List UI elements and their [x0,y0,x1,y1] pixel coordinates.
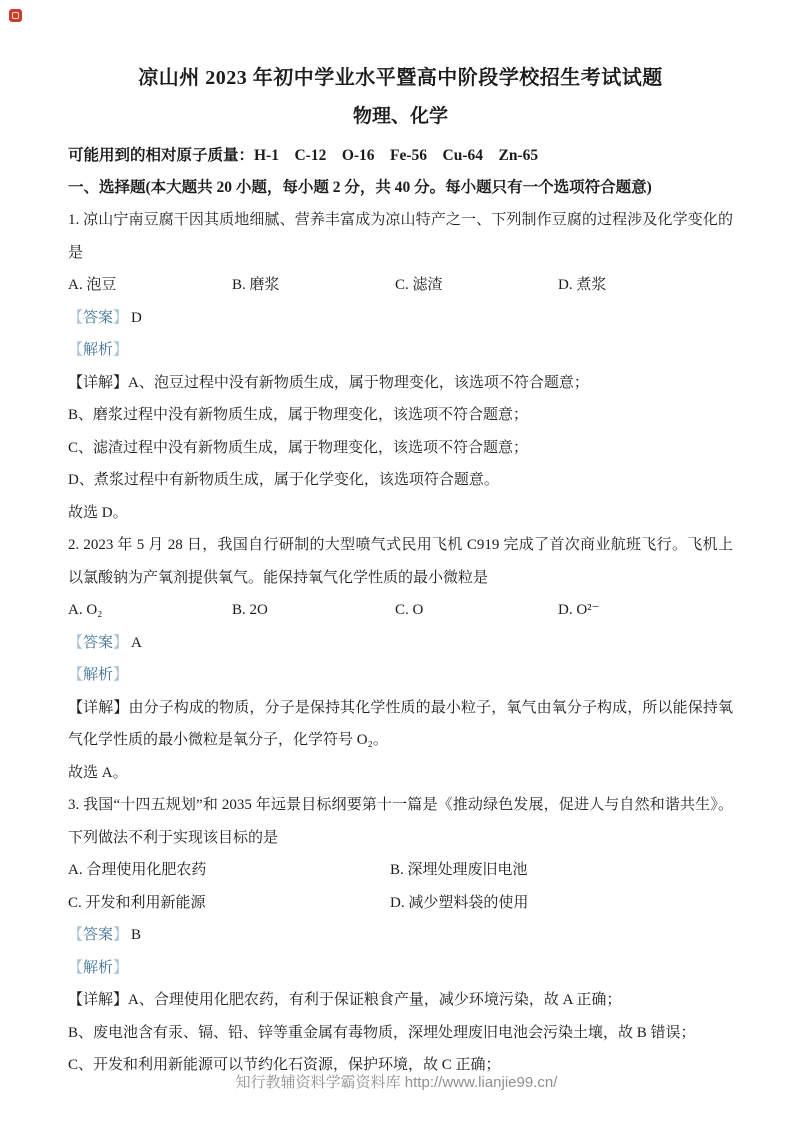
answer-value: A [131,635,142,651]
analysis-line: 【解析】 [68,334,733,367]
option-b: B. 磨浆 [232,269,395,302]
answer-line: 【答案】D [68,302,733,335]
detail-line: 【详解】A、合理使用化肥农药，有利于保证粮食产量，减少环境污染，故 A 正确； [68,984,733,1017]
answer-line: 【答案】A [68,627,733,660]
analysis-line: 【解析】 [68,952,733,985]
analysis-label: 【解析】 [68,342,128,358]
site-logo-icon [9,9,22,22]
question-1-stem: 1. 凉山宁南豆腐干因其质地细腻、营养丰富成为凉山特产之一、下列制作豆腐的过程涉… [68,204,733,269]
answer-value: D [131,310,142,326]
answer-line: 【答案】B [68,919,733,952]
answer-label: 【答案】 [68,310,128,326]
question-1-options: A. 泡豆 B. 磨浆 C. 滤渣 D. 煮浆 [68,269,733,302]
page-subtitle: 物理、化学 [68,104,733,130]
detail-line: 【详解】A、泡豆过程中没有新物质生成，属于物理变化，该选项不符合题意； [68,367,733,400]
option-c: C. 滤渣 [395,269,558,302]
detail-line: B、废电池含有汞、镉、铅、锌等重金属有毒物质，深埋处理废旧电池会污染土壤，故 B… [68,1017,733,1050]
option-b: B. 深埋处理废旧电池 [390,854,733,887]
answer-label: 【答案】 [68,635,128,651]
detail-line: C、滤渣过程中没有新物质生成，属于物理变化，该选项不符合题意； [68,432,733,465]
question-3-options: A. 合理使用化肥农药 B. 深埋处理废旧电池 C. 开发和利用新能源 D. 减… [68,854,733,919]
section-heading: 一、选择题(本大题共 20 小题，每小题 2 分，共 40 分。每小题只有一个选… [68,172,733,204]
detail-line: D、煮浆过程中有新物质生成，属于化学变化，该选项符合题意。 [68,464,733,497]
analysis-label: 【解析】 [68,667,128,683]
conclusion-line: 故选 A。 [68,757,733,790]
analysis-line: 【解析】 [68,659,733,692]
page-title: 凉山州 2023 年初中学业水平暨高中阶段学校招生考试试题 [68,64,733,92]
footer-watermark-link[interactable]: 知行教辅资料学霸资料库 http://www.lianjie99.cn/ [0,1071,793,1092]
option-a: A. O₂ [68,594,232,627]
detail-line: B、磨浆过程中没有新物质生成，属于物理变化，该选项不符合题意； [68,399,733,432]
analysis-label: 【解析】 [68,960,128,976]
conclusion-line: 故选 D。 [68,497,733,530]
answer-label: 【答案】 [68,927,128,943]
question-2-options: A. O₂ B. 2O C. O D. O²⁻ [68,594,733,627]
atomic-masses-line: 可能用到的相对原子质量：H-1 C-12 O-16 Fe-56 Cu-64 Zn… [68,145,733,167]
questions-area: 1. 凉山宁南豆腐干因其质地细腻、营养丰富成为凉山特产之一、下列制作豆腐的过程涉… [68,204,733,1082]
option-d: D. O²⁻ [558,594,733,627]
question-3-stem: 3. 我国“十四五规划”和 2035 年远景目标纲要第十一篇是《推动绿色发展，促… [68,789,733,854]
option-c: C. O [395,594,558,627]
option-b: B. 2O [232,594,395,627]
option-d: D. 减少塑料袋的使用 [390,887,733,920]
detail-line: 【详解】由分子构成的物质，分子是保持其化学性质的最小粒子，氧气由氧分子构成，所以… [68,692,733,757]
option-d: D. 煮浆 [558,269,733,302]
document-page: 凉山州 2023 年初中学业水平暨高中阶段学校招生考试试题 物理、化学 可能用到… [0,0,793,1122]
option-a: A. 泡豆 [68,269,232,302]
option-a: A. 合理使用化肥农药 [68,854,390,887]
answer-value: B [131,927,141,943]
question-2-stem: 2. 2023 年 5 月 28 日，我国自行研制的大型喷气式民用飞机 C919… [68,529,733,594]
option-c: C. 开发和利用新能源 [68,887,390,920]
